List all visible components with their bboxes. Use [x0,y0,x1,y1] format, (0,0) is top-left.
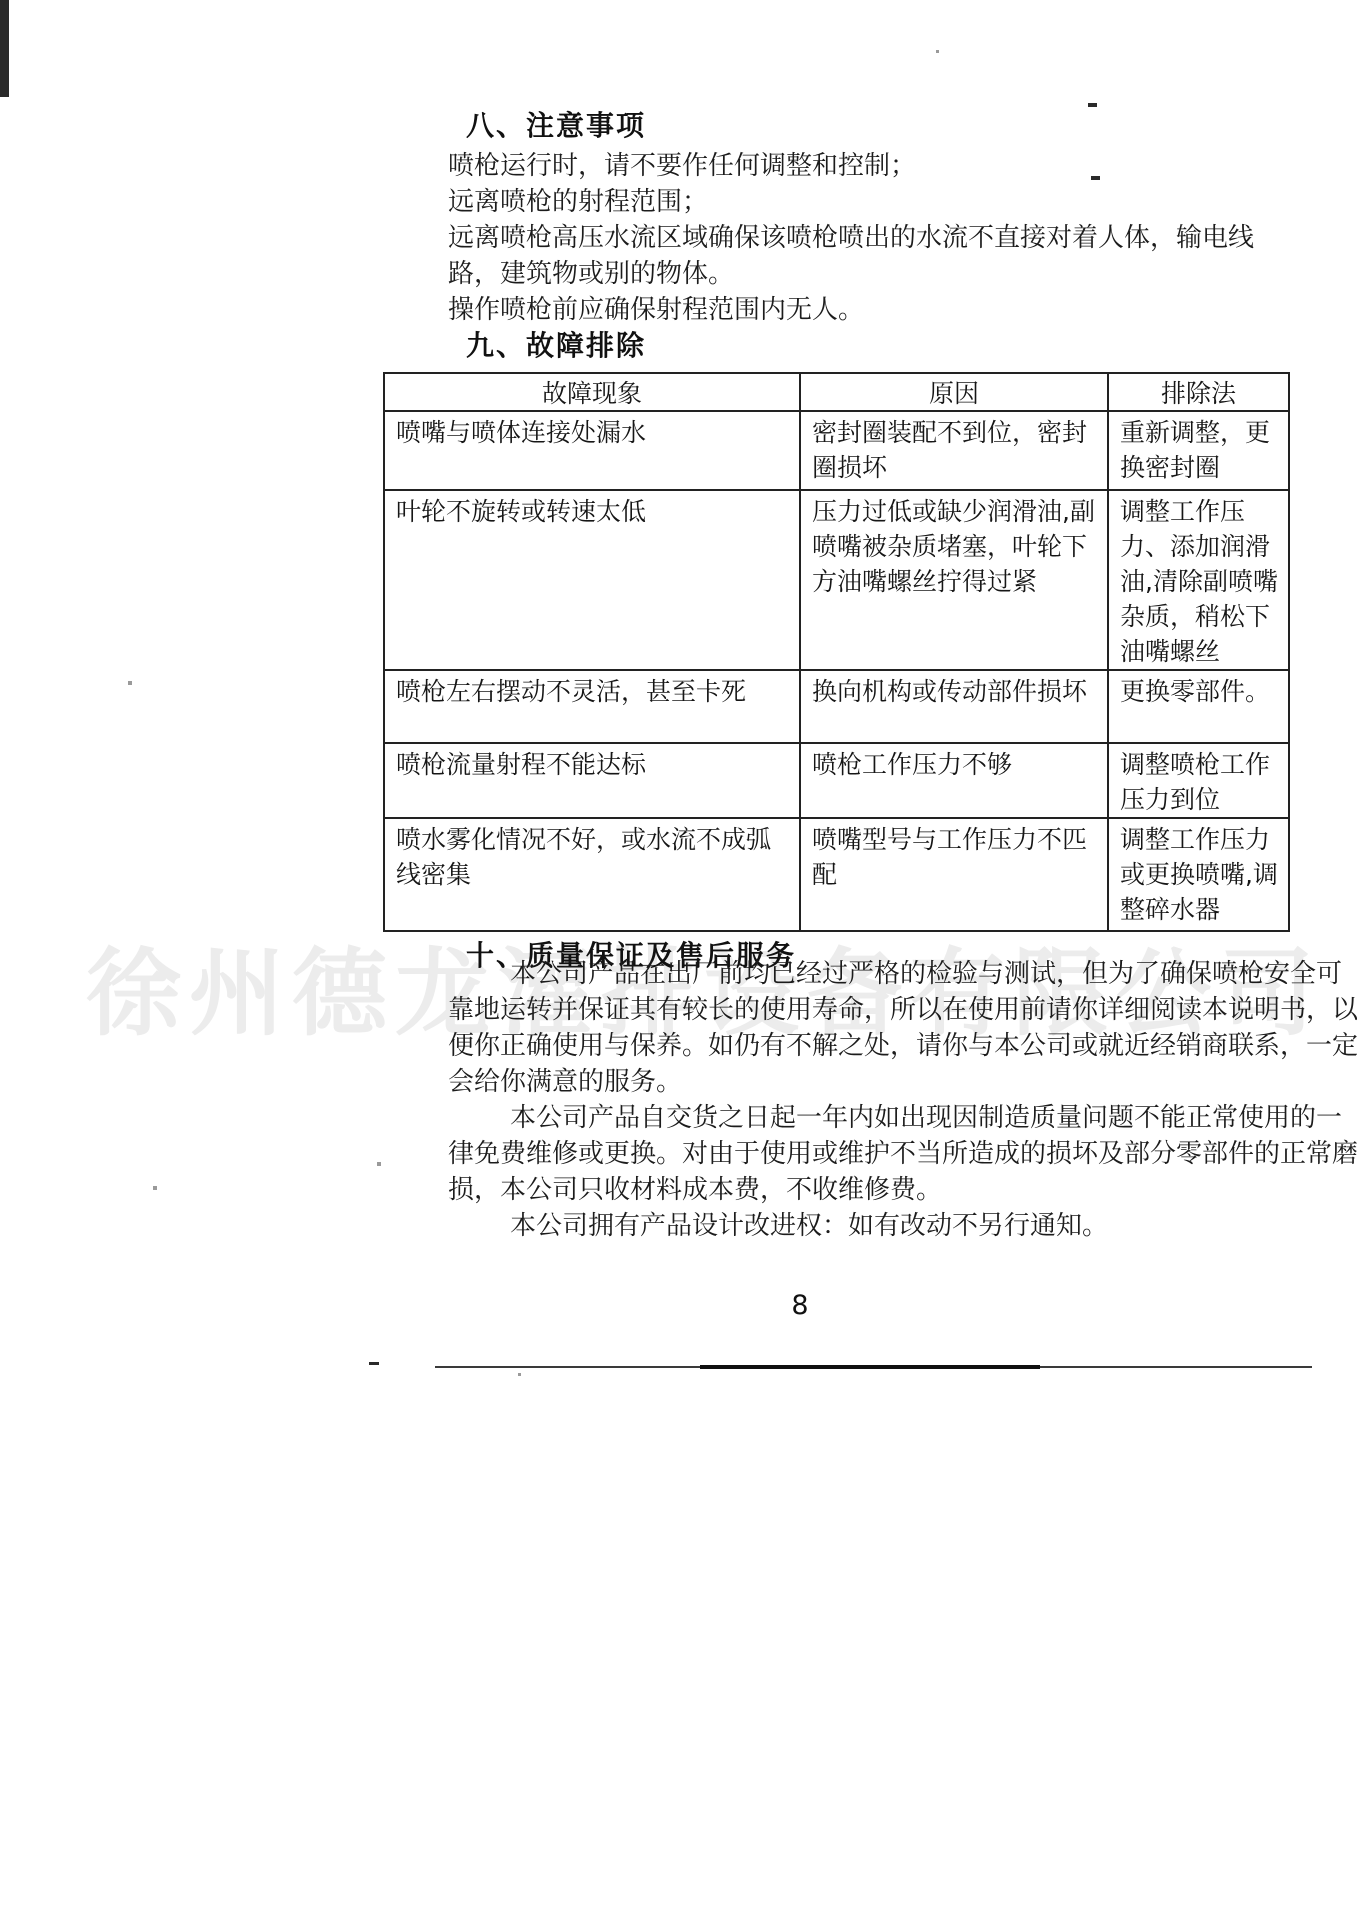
warranty-line: 损，本公司只收材料成本费，不收维修费。 [448,1172,1328,1208]
cell-remedy: 更换零部件。 [1108,670,1289,743]
table-header-row: 故障现象 原因 排除法 [384,373,1289,411]
warranty-line: 便你正确使用与保养。如仍有不解之处，请你与本公司或就近经销商联系，一定 [448,1028,1328,1064]
scan-artifact-speck [153,1186,157,1190]
table-row: 叶轮不旋转或转速太低 压力过低或缺少润滑油,副喷嘴被杂质堵塞，叶轮下方油嘴螺丝拧… [384,490,1289,670]
cell-cause: 喷嘴型号与工作压力不匹配 [800,818,1108,931]
warranty-line: 本公司产品自交货之日起一年内如出现因制造质量问题不能正常使用的一 [448,1100,1328,1136]
scan-artifact-speck [128,681,132,685]
page-number: 8 [770,1290,830,1321]
precaution-line: 路，建筑物或别的物体。 [448,256,1328,292]
precaution-line: 远离喷枪的射程范围； [448,184,1328,220]
cell-phenomenon: 喷水雾化情况不好，或水流不成弧线密集 [384,818,800,931]
cell-remedy: 重新调整，更换密封圈 [1108,411,1289,490]
cell-cause: 喷枪工作压力不够 [800,743,1108,818]
cell-remedy: 调整工作压力或更换喷嘴,调整碎水器 [1108,818,1289,931]
precaution-line: 操作喷枪前应确保射程范围内无人。 [448,292,1328,328]
manual-scan-page: 徐州德龙灌排设备有限公司 八、注意事项 喷枪运行时，请不要作任何调整和控制； 远… [0,0,1357,1920]
warranty-line: 靠地运转并保证其有较长的使用寿命，所以在使用前请你详细阅读本说明书，以 [448,992,1328,1028]
section-8-heading: 八、注意事项 [466,104,646,144]
warranty-line: 律免费维修或更换。对由于使用或维护不当所造成的损坏及部分零部件的正常磨 [448,1136,1328,1172]
scan-artifact-bar [0,0,9,97]
scan-artifact-speck [369,1362,379,1365]
scan-artifact-speck [518,1373,521,1376]
cell-phenomenon: 叶轮不旋转或转速太低 [384,490,800,670]
bottom-scan-rule-dark-segment [700,1365,1040,1369]
cell-cause: 换向机构或传动部件损坏 [800,670,1108,743]
warranty-line: 会给你满意的服务。 [448,1064,1328,1100]
table-row: 喷枪流量射程不能达标 喷枪工作压力不够 调整喷枪工作压力到位 [384,743,1289,818]
section-9-heading: 九、故障排除 [466,324,646,364]
table-row: 喷枪左右摆动不灵活，甚至卡死 换向机构或传动部件损坏 更换零部件。 [384,670,1289,743]
cell-cause: 密封圈装配不到位，密封圈损坏 [800,411,1108,490]
scan-artifact-speck [936,50,939,53]
cell-cause: 压力过低或缺少润滑油,副喷嘴被杂质堵塞，叶轮下方油嘴螺丝拧得过紧 [800,490,1108,670]
warranty-line: 本公司产品在出厂前均已经过严格的检验与测试，但为了确保喷枪安全可 [448,956,1328,992]
warranty-line: 本公司拥有产品设计改进权：如有改动不另行通知。 [448,1208,1328,1244]
scan-artifact-speck [377,1162,381,1166]
section-10-body: 本公司产品在出厂前均已经过严格的检验与测试，但为了确保喷枪安全可 靠地运转并保证… [448,956,1328,1244]
scan-artifact-speck [1088,103,1097,107]
precaution-line: 喷枪运行时，请不要作任何调整和控制； [448,148,1328,184]
table-row: 喷嘴与喷体连接处漏水 密封圈装配不到位，密封圈损坏 重新调整，更换密封圈 [384,411,1289,490]
table-header-cause: 原因 [800,373,1108,411]
precaution-line: 远离喷枪高压水流区域确保该喷枪喷出的水流不直接对着人体，输电线 [448,220,1328,256]
cell-phenomenon: 喷枪左右摆动不灵活，甚至卡死 [384,670,800,743]
cell-remedy: 调整喷枪工作压力到位 [1108,743,1289,818]
cell-phenomenon: 喷嘴与喷体连接处漏水 [384,411,800,490]
cell-remedy: 调整工作压力、添加润滑油,清除副喷嘴杂质，稍松下油嘴螺丝 [1108,490,1289,670]
table-header-phenomenon: 故障现象 [384,373,800,411]
table-header-remedy: 排除法 [1108,373,1289,411]
cell-phenomenon: 喷枪流量射程不能达标 [384,743,800,818]
troubleshooting-table: 故障现象 原因 排除法 喷嘴与喷体连接处漏水 密封圈装配不到位，密封圈损坏 重新… [383,372,1290,932]
table-row: 喷水雾化情况不好，或水流不成弧线密集 喷嘴型号与工作压力不匹配 调整工作压力或更… [384,818,1289,931]
section-8-body: 喷枪运行时，请不要作任何调整和控制； 远离喷枪的射程范围； 远离喷枪高压水流区域… [448,148,1328,328]
